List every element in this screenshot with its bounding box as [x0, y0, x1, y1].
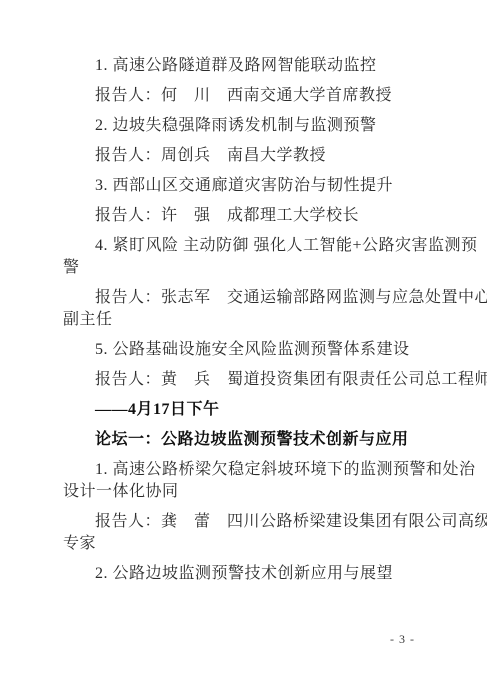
- body-paragraph: 4. 紧盯风险 主动防御 强化人工智能+公路灾害监测预警: [63, 235, 425, 279]
- text-line: 报告人：龚 蕾 四川公路桥梁建设集团有限公司高级: [63, 511, 425, 533]
- text-line: 报告人：何 川 西南交通大学首席教授: [63, 85, 425, 107]
- text-line: 5. 公路基础设施安全风险监测预警体系建设: [63, 339, 425, 361]
- body-paragraph: 报告人：黄 兵 蜀道投资集团有限责任公司总工程师: [63, 369, 425, 391]
- text-line: 2. 公路边坡监测预警技术创新应用与展望: [63, 563, 425, 585]
- page-number: - 3 -: [0, 631, 415, 647]
- text-line: ——4月17日下午: [63, 399, 425, 421]
- body-paragraph: 报告人：龚 蕾 四川公路桥梁建设集团有限公司高级专家: [63, 511, 425, 555]
- body-paragraph: 2. 边坡失稳强降雨诱发机制与监测预警: [63, 115, 425, 137]
- text-line: 报告人：黄 兵 蜀道投资集团有限责任公司总工程师: [63, 369, 425, 391]
- body-paragraph: 5. 公路基础设施安全风险监测预警体系建设: [63, 339, 425, 361]
- text-line: 设计一体化协同: [63, 481, 425, 503]
- body-paragraph: 报告人：周创兵 南昌大学教授: [63, 145, 425, 167]
- agenda-text-block: 1. 高速公路隧道群及路网智能联动监控报告人：何 川 西南交通大学首席教授2. …: [0, 0, 487, 585]
- text-line: 2. 边坡失稳强降雨诱发机制与监测预警: [63, 115, 425, 137]
- text-line: 论坛一：公路边坡监测预警技术创新与应用: [63, 429, 425, 451]
- body-paragraph: 2. 公路边坡监测预警技术创新应用与展望: [63, 563, 425, 585]
- text-line: 报告人：周创兵 南昌大学教授: [63, 145, 425, 167]
- text-line: 3. 西部山区交通廊道灾害防治与韧性提升: [63, 175, 425, 197]
- body-paragraph: 1. 高速公路隧道群及路网智能联动监控: [63, 55, 425, 77]
- text-line: 报告人：张志军 交通运输部路网监测与应急处置中心: [63, 287, 425, 309]
- heading-paragraph: ——4月17日下午: [63, 399, 425, 421]
- body-paragraph: 1. 高速公路桥梁欠稳定斜坡环境下的监测预警和处治设计一体化协同: [63, 459, 425, 503]
- body-paragraph: 报告人：张志军 交通运输部路网监测与应急处置中心副主任: [63, 287, 425, 331]
- body-paragraph: 报告人：何 川 西南交通大学首席教授: [63, 85, 425, 107]
- text-line: 1. 高速公路隧道群及路网智能联动监控: [63, 55, 425, 77]
- text-line: 专家: [63, 533, 425, 555]
- body-paragraph: 3. 西部山区交通廊道灾害防治与韧性提升: [63, 175, 425, 197]
- text-line: 警: [63, 257, 425, 279]
- text-line: 1. 高速公路桥梁欠稳定斜坡环境下的监测预警和处治: [63, 459, 425, 481]
- document-page: 1. 高速公路隧道群及路网智能联动监控报告人：何 川 西南交通大学首席教授2. …: [0, 0, 487, 693]
- text-line: 报告人：许 强 成都理工大学校长: [63, 205, 425, 227]
- body-paragraph: 报告人：许 强 成都理工大学校长: [63, 205, 425, 227]
- text-line: 4. 紧盯风险 主动防御 强化人工智能+公路灾害监测预: [63, 235, 425, 257]
- heading-paragraph: 论坛一：公路边坡监测预警技术创新与应用: [63, 429, 425, 451]
- text-line: 副主任: [63, 309, 425, 331]
